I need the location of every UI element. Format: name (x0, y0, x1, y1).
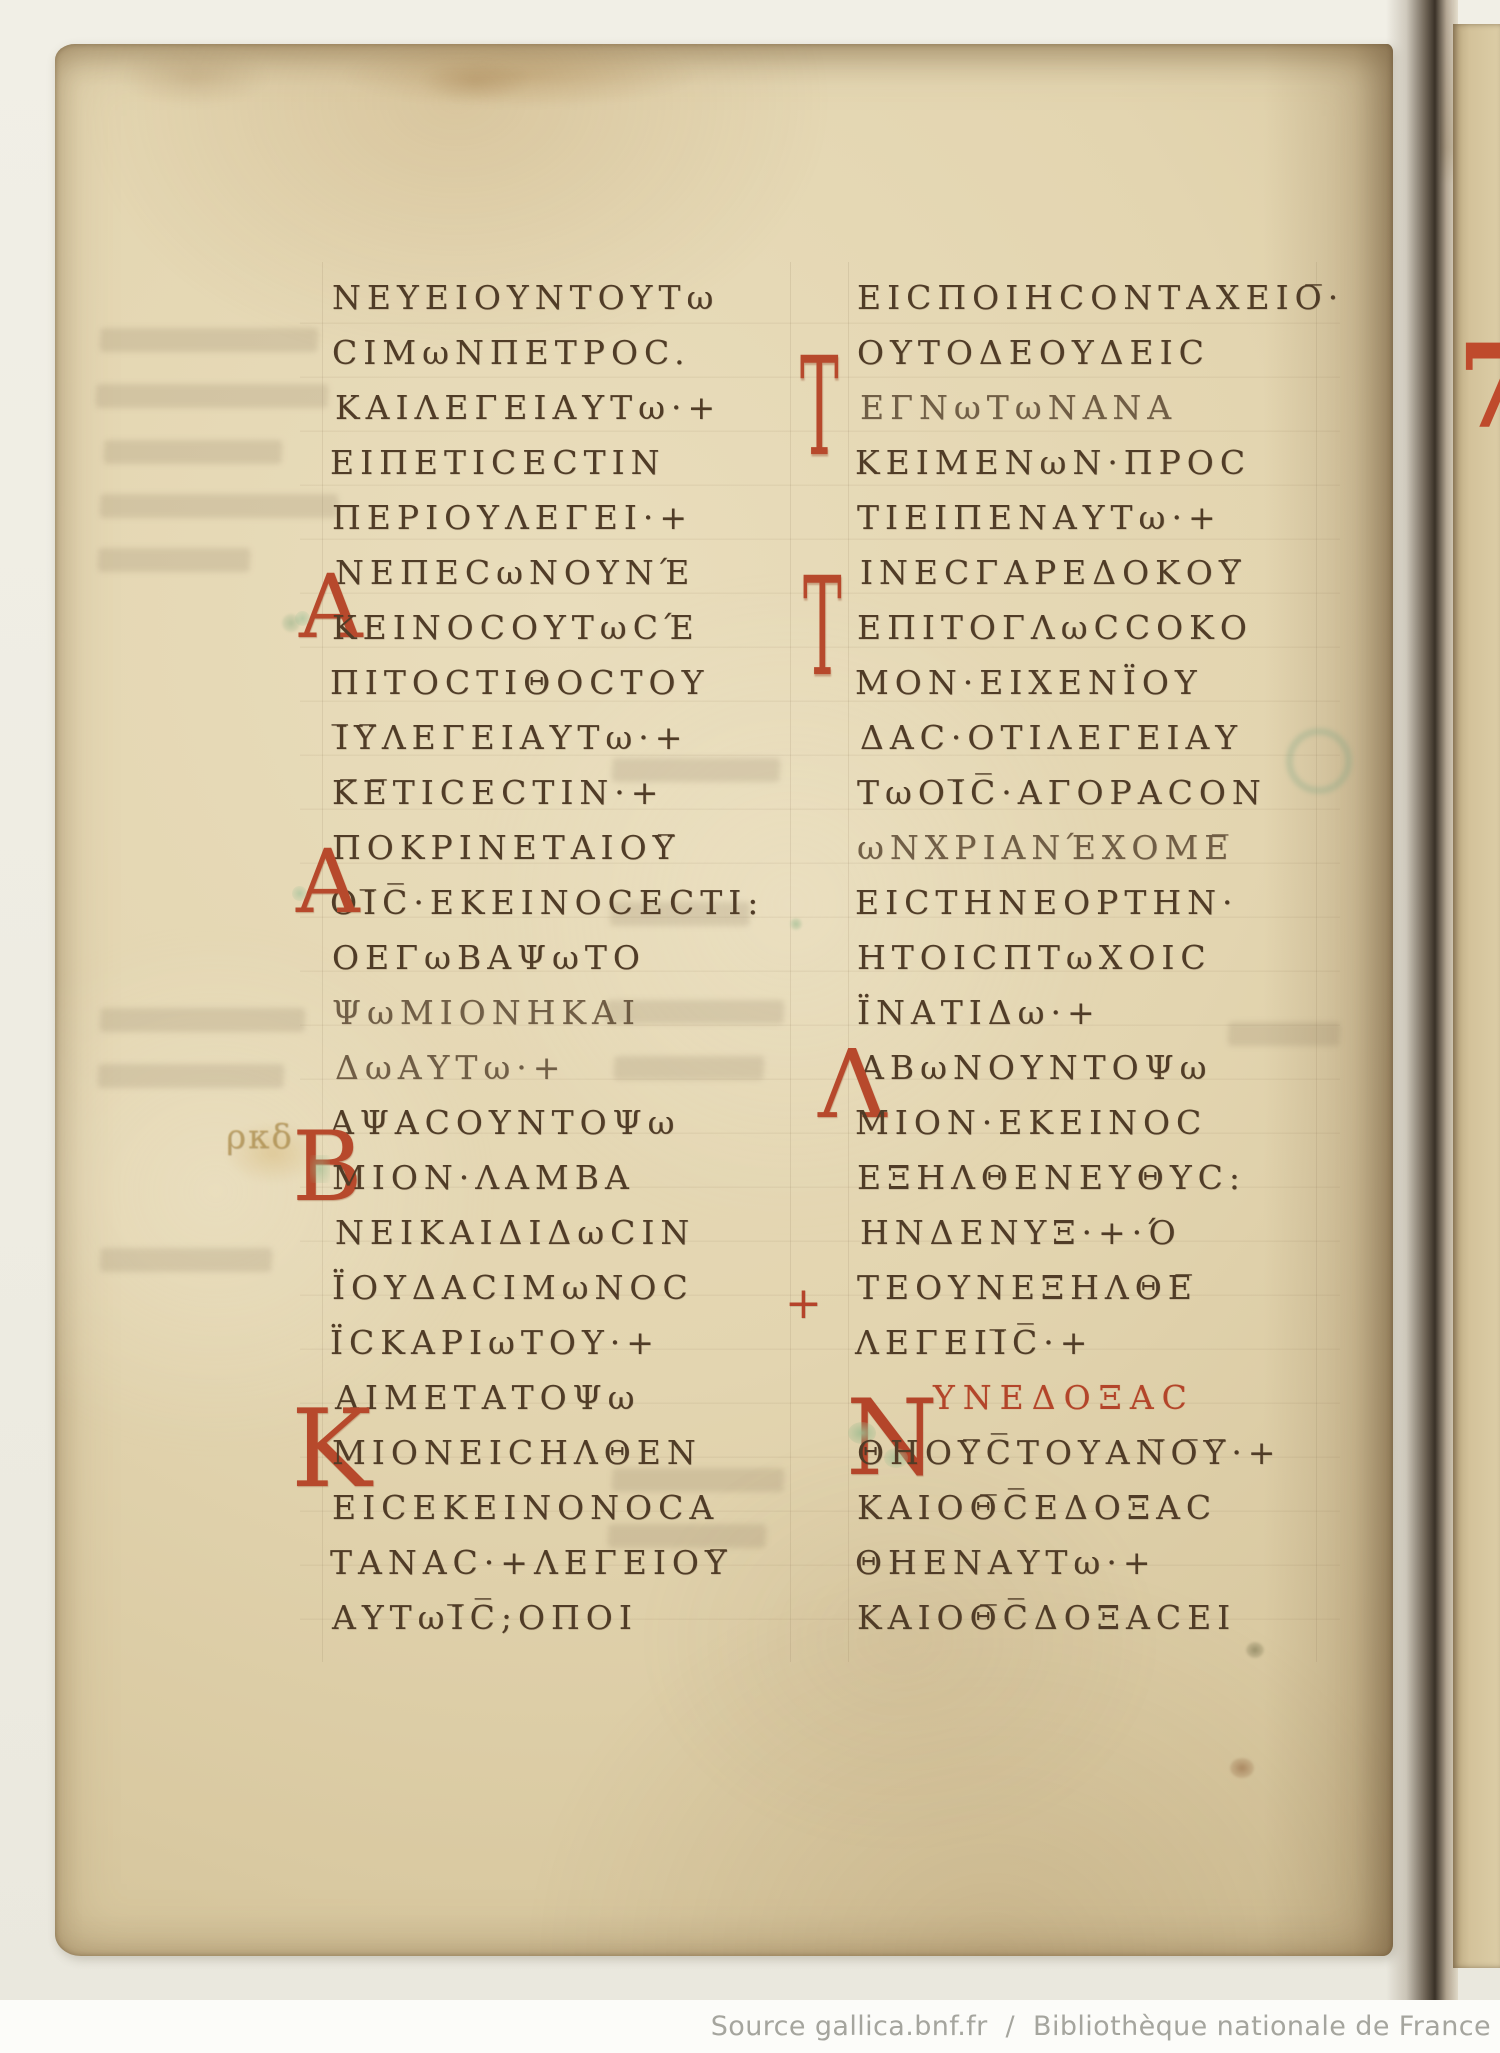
manuscript-line: ΕΓΝωΤωΝΑΝΑ (860, 380, 1335, 435)
line-text: ΟΥΤΟΔΕΟΥΔΕΙC (857, 333, 1210, 372)
manuscript-line: ΤΙΝΕCΓΑΡΕΔΟΚΟΥ̅ (860, 545, 1335, 600)
text-column-right: ΕΙCΠΟΙΗCΟΝΤΑΧΕΙΟ̅·ΤΟΥΤΟΔΕΟΥΔΕΙCΕΓΝωΤωΝΑΝ… (857, 270, 1332, 1645)
manuscript-line: ΚΑΙΛΕΓΕΙΑΥΤω·+ (335, 380, 810, 435)
line-text: ΜΙΟΝ·ΛΑΜΒΑ (332, 1158, 635, 1197)
manuscript-line: ωΝΧΡΙΑΝΈΧΟΜΕ̅ (857, 820, 1332, 875)
illuminated-initial: Τ (800, 339, 845, 475)
line-text: ΨωΜΙΟΝΗΚΑΙ (332, 993, 641, 1032)
manuscript-line: CΙΜωΝΠΕΤΡΟC. (332, 325, 807, 380)
line-text: ΚΕΙΜΕΝωΝ·ΠΡΟC (855, 443, 1251, 482)
manuscript-line: ΠΙΤΟCΤΙΘΟCΤΟΥ (330, 655, 805, 710)
line-text: ΑΙΜΕΤΑΤΟΨω (335, 1378, 641, 1417)
text-column-left: ΝΕΥΕΙΟΥΝΤΟΥΤωCΙΜωΝΠΕΤΡΟC.ΚΑΙΛΕΓΕΙΑΥΤω·+Ε… (332, 270, 807, 1645)
line-text: ΔΑC·ΟΤΙΛΕΓΕΙΑΥ (860, 718, 1243, 757)
manuscript-line: ΚΑΙΟΘ̅C̅ΕΔΟΞΑC (857, 1480, 1332, 1535)
line-text: ΝΕΠΕCωΝΟΥΝΈ (335, 553, 695, 592)
line-text: ÏCΚΑΡΙωΤΟΥ·+ (330, 1323, 660, 1362)
manuscript-line: ΨωΜΙΟΝΗΚΑΙ (332, 985, 807, 1040)
illuminated-initial: Τ (803, 559, 848, 695)
binding-gutter (1386, 0, 1458, 2000)
manuscript-line: ΑΠΟΚΡΙΝΕΤΑΙΟΥ̅ (332, 820, 807, 875)
line-text: ΕΙΠΕΤΙCΕCΤΙΝ (330, 443, 666, 482)
line-text: ΕΞΗΛΘΕΝΕΥΘΥC: (857, 1158, 1246, 1197)
manuscript-line: ΗΝΔΕΝΥΞ·+·Ό (860, 1205, 1335, 1260)
gallica-scan: ΝΕΥΕΙΟΥΝΤΟΥΤωCΙΜωΝΠΕΤΡΟC.ΚΑΙΛΕΓΕΙΑΥΤω·+Ε… (0, 0, 1500, 2053)
line-text: ÏΟΥΔΑCΙΜωΝΟC (332, 1268, 694, 1307)
line-text: ΙΝΕCΓΑΡΕΔΟΚΟΥ̅ (860, 553, 1247, 592)
line-text: ΛΕΓΕΙΙ̅C̅·+ (855, 1323, 1093, 1362)
line-text: ΤΕΟΥΝΕΞΗΛΘΕ̅ (857, 1268, 1198, 1307)
manuscript-line: ΗΤΟΙCΠΤωΧΟΙC (857, 930, 1332, 985)
facing-page-edge: 7 (1453, 24, 1500, 1968)
line-text: ΟΙ̅C̅·ΕΚΕΙΝΟCΕCΤΙ: (330, 883, 764, 922)
line-text: CΙΜωΝΠΕΤΡΟC. (332, 333, 691, 372)
manuscript-line: ΑΝΕΠΕCωΝΟΥΝΈ (335, 545, 810, 600)
line-text: ΤΑΝΑC·+ΛΕΓΕΙΟΥ̅ (330, 1543, 733, 1582)
line-text: ΑΥΤωΙ̅C̅;ΟΠΟΙ (332, 1598, 638, 1637)
line-text: ΕΓΝωΤωΝΑΝΑ (860, 388, 1177, 427)
line-text: ΑΨΑCΟΥΝΤΟΨω (330, 1103, 680, 1142)
manuscript-line: ΕΞΗΛΘΕΝΕΥΘΥC: (857, 1150, 1332, 1205)
line-text: ΠΟΚΡΙΝΕΤΑΙΟΥ̅ (332, 828, 680, 867)
manuscript-line: ÏCΚΑΡΙωΤΟΥ·+ (330, 1315, 805, 1370)
manuscript-line: ΤΑΝΑC·+ΛΕΓΕΙΟΥ̅ (330, 1535, 805, 1590)
line-text: ΕΙCΕΚΕΙΝΟΝΟCΑ (332, 1488, 719, 1527)
line-text: ΗΤΟΙCΠΤωΧΟΙC (857, 938, 1212, 977)
line-text: ΘΗΕΝΑΥΤω·+ (855, 1543, 1156, 1582)
line-text: ÏΝΑΤΙΔω·+ (857, 993, 1101, 1032)
manuscript-line: ΚΕΙΝΟCΟΥΤωCΈ (332, 600, 807, 655)
manuscript-line: ΘΗΕΝΑΥΤω·+ (855, 1535, 1330, 1590)
line-text: ΕΙCΤΗΝΕΟΡΤΗΝ· (855, 883, 1239, 922)
manuscript-line: ΤΙΕΙΠΕΝΑΥΤω·+ (857, 490, 1332, 545)
manuscript-line: ÏΝΑΤΙΔω·+ (857, 985, 1332, 1040)
line-text: ΚΑΙΟΘ̅C̅ΔΟΞΑCΕΙ (857, 1598, 1236, 1637)
manuscript-line: ΚΑΙΟΘ̅C̅ΔΟΞΑCΕΙ (857, 1590, 1332, 1645)
manuscript-line: ΝΥΝΕΔΟΞΑC (860, 1370, 1335, 1425)
line-text: ΤΙΕΙΠΕΝΑΥΤω·+ (857, 498, 1222, 537)
manuscript-line: ΕΠΙΤΟΓΛωCCΟΚΟ (857, 600, 1332, 655)
line-text: Κ̅Ε̅ΤΙCΕCΤΙΝ·+ (332, 773, 664, 812)
line-text: ΚΑΙΟΘ̅C̅ΕΔΟΞΑC (857, 1488, 1217, 1527)
manuscript-line: ΜΟΝ·ΕΙΧΕΝÏΟΥ (855, 655, 1330, 710)
line-text: Ι̅Υ̅ΛΕΓΕΙΑΥΤω·+ (335, 718, 688, 757)
manuscript-line: +ΤΕΟΥΝΕΞΗΛΘΕ̅ (857, 1260, 1332, 1315)
line-text: ΤωΟΙ̅C̅·ΑΓΟΡΑCΟΝ (857, 773, 1267, 812)
manuscript-line: ΜΙΟΝ·ΛΑΜΒΑ (332, 1150, 807, 1205)
line-text: ωΝΧΡΙΑΝΈΧΟΜΕ̅ (857, 828, 1234, 867)
line-text: ΑΒωΝΟΥΝΤΟΨω (860, 1048, 1213, 1087)
manuscript-line: ΝΕΥΕΙΟΥΝΤΟΥΤω (332, 270, 807, 325)
manuscript-line: ΑΥΤωΙ̅C̅;ΟΠΟΙ (332, 1590, 807, 1645)
manuscript-line: ΚΑΙΜΕΤΑΤΟΨω (335, 1370, 810, 1425)
footer-credit-bar: Source gallica.bnf.fr / Bibliothèque nat… (0, 2000, 1500, 2053)
manuscript-line: ΕΙCΠΟΙΗCΟΝΤΑΧΕΙΟ̅· (857, 270, 1332, 325)
line-text: ΔωΑΥΤω·+ (335, 1048, 566, 1087)
facing-page-initial-fragment: 7 (1458, 329, 1500, 444)
manuscript-line: ΤΟΥΤΟΔΕΟΥΔΕΙC (857, 325, 1332, 380)
line-text: ΟΕΓωΒΑΨωΤΟ (332, 938, 646, 977)
line-text: ΚΕΙΝΟCΟΥΤωCΈ (332, 608, 700, 647)
line-text: ΜΟΝ·ΕΙΧΕΝÏΟΥ (855, 663, 1203, 702)
line-text: ΜΙΟΝ·ΕΚΕΙΝΟC (855, 1103, 1207, 1142)
manuscript-line: ÏΟΥΔΑCΙΜωΝΟC (332, 1260, 807, 1315)
line-text: ΠΙΤΟCΤΙΘΟCΤΟΥ (330, 663, 709, 702)
manuscript-line: ΛΑΒωΝΟΥΝΤΟΨω (860, 1040, 1335, 1095)
page-edge-sliver (1440, 0, 1453, 185)
manuscript-line: ΟΙ̅C̅·ΕΚΕΙΝΟCΕCΤΙ: (330, 875, 805, 930)
line-text: ΝΕΥΕΙΟΥΝΤΟΥΤω (332, 278, 719, 317)
manuscript-line: ΒρκδΑΨΑCΟΥΝΤΟΨω (330, 1095, 805, 1150)
manuscript-line: ΕΙCΤΗΝΕΟΡΤΗΝ· (855, 875, 1330, 930)
manuscript-line: Κ̅Ε̅ΤΙCΕCΤΙΝ·+ (332, 765, 807, 820)
manuscript-line: ΤωΟΙ̅C̅·ΑΓΟΡΑCΟΝ (857, 765, 1332, 820)
line-text: ΠΕΡΙΟΥΛΕΓΕΙ·+ (332, 498, 693, 537)
line-text: ΥΝΕΔΟΞΑC (933, 1378, 1195, 1417)
manuscript-line: ΘΗΟΥ̅C̅ΤΟΥΑΝ̅Ο̅Υ̅·+ (857, 1425, 1332, 1480)
source-credit-text: Source gallica.bnf.fr / Bibliothèque nat… (711, 2000, 1491, 2053)
manuscript-line: ΛΕΓΕΙΙ̅C̅·+ (855, 1315, 1330, 1370)
manuscript-line: Ι̅Υ̅ΛΕΓΕΙΑΥΤω·+ (335, 710, 810, 765)
manuscript-line: ΔΑC·ΟΤΙΛΕΓΕΙΑΥ (860, 710, 1335, 765)
lection-cross-icon: + (785, 1282, 822, 1326)
line-text: ΗΝΔΕΝΥΞ·+·Ό (860, 1213, 1182, 1252)
marginal-note: ρκδ (226, 1120, 294, 1154)
manuscript-line: ΝΕΙΚΑΙΔΙΔωCΙΝ (335, 1205, 810, 1260)
manuscript-line: ΟΕΓωΒΑΨωΤΟ (332, 930, 807, 985)
manuscript-line: ΜΙΟΝΕΙCΗΛΘΕΝ (332, 1425, 807, 1480)
manuscript-line: ΜΙΟΝ·ΕΚΕΙΝΟC (855, 1095, 1330, 1150)
line-text: ΘΗΟΥ̅C̅ΤΟΥΑΝ̅Ο̅Υ̅·+ (857, 1433, 1281, 1472)
illuminated-initial: Α (296, 838, 366, 926)
manuscript-line: ΔωΑΥΤω·+ (335, 1040, 810, 1095)
line-text: ΚΑΙΛΕΓΕΙΑΥΤω·+ (335, 388, 721, 427)
line-text: ΝΕΙΚΑΙΔΙΔωCΙΝ (335, 1213, 695, 1252)
manuscript-line: ΠΕΡΙΟΥΛΕΓΕΙ·+ (332, 490, 807, 545)
manuscript-line: ΕΙΠΕΤΙCΕCΤΙΝ (330, 435, 805, 490)
manuscript-line: ΕΙCΕΚΕΙΝΟΝΟCΑ (332, 1480, 807, 1535)
line-text: ΕΠΙΤΟΓΛωCCΟΚΟ (857, 608, 1253, 647)
manuscript-line: ΚΕΙΜΕΝωΝ·ΠΡΟC (855, 435, 1330, 490)
line-text: ΜΙΟΝΕΙCΗΛΘΕΝ (332, 1433, 702, 1472)
line-text: ΕΙCΠΟΙΗCΟΝΤΑΧΕΙΟ̅· (857, 278, 1344, 317)
